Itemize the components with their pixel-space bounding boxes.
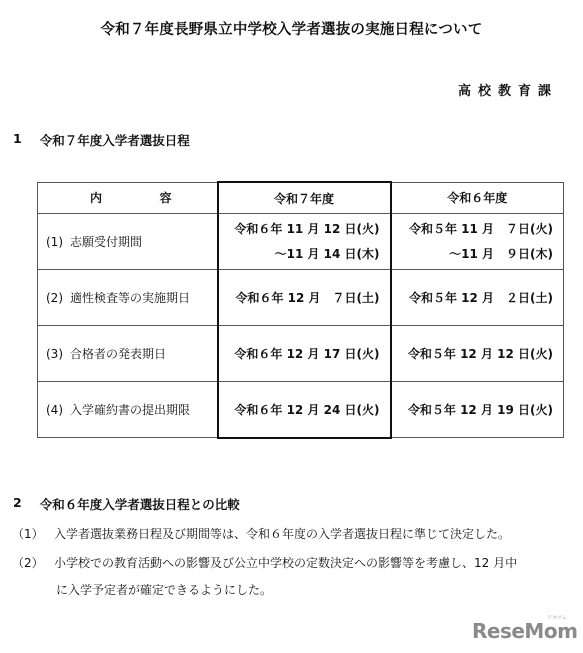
table-row: (1)志願受付期間 令和６年 11 月 12 日(火) ～11 月 14 日(木… bbox=[38, 214, 564, 270]
row-number: (3) bbox=[46, 347, 63, 361]
date-line-1: 令和６年 11 月 12 日(火) bbox=[219, 217, 380, 242]
paragraph-text: 入学者選抜業務日程及び期間等は、令和６年度の入学者選抜日程に準じて決定した。 bbox=[54, 527, 510, 541]
row-date-r7: 令和６年 12 月 ７日(土) bbox=[218, 270, 391, 326]
paragraph-1: （1）入学者選抜業務日程及び期間等は、令和６年度の入学者選抜日程に準じて決定した… bbox=[12, 526, 572, 542]
row-item: (2)適性検査等の実施期日 bbox=[38, 270, 218, 326]
row-date-r6: 令和５年 11 月 ７日(火) ～11 月 ９日(木) bbox=[391, 214, 564, 270]
section-1-heading: 1 令和７年度入学者選抜日程 bbox=[13, 131, 190, 149]
row-item: (4)入学確約書の提出期限 bbox=[38, 382, 218, 438]
row-label: 適性検査等の実施期日 bbox=[70, 291, 190, 305]
paragraph-number: （2） bbox=[12, 555, 54, 571]
row-number: (1) bbox=[46, 235, 63, 249]
table-row: (3)合格者の発表期日 令和６年 12 月 17 日(火) 令和５年 12 月 … bbox=[38, 326, 564, 382]
header-reiwa7: 令和７年度 bbox=[218, 182, 391, 214]
section-title: 令和７年度入学者選抜日程 bbox=[40, 131, 190, 149]
row-date-r7: 令和６年 11 月 12 日(火) ～11 月 14 日(木) bbox=[218, 214, 391, 270]
row-date-r6: 令和５年 12 月 19 日(火) bbox=[391, 382, 564, 438]
paragraph-text: 小学校での教育活動への影響及び公立中学校の定数決定への影響等を考慮し、12 月中 bbox=[54, 556, 517, 570]
row-label: 合格者の発表期日 bbox=[70, 347, 166, 361]
section-number: 2 bbox=[13, 495, 22, 513]
row-item: (3)合格者の発表期日 bbox=[38, 326, 218, 382]
department-name: 高校教育課 bbox=[458, 80, 558, 99]
row-number: (4) bbox=[46, 403, 63, 417]
header-content-right: 容 bbox=[159, 189, 171, 206]
section-number: 1 bbox=[13, 131, 22, 149]
paragraph-2-continuation: に入学予定者が確定できるようにした。 bbox=[56, 582, 583, 598]
section-title: 令和６年度入学者選抜日程との比較 bbox=[40, 495, 240, 513]
row-number: (2) bbox=[46, 291, 63, 305]
date-line-2: ～11 月 ９日(木) bbox=[392, 242, 554, 267]
row-date-r7: 令和６年 12 月 24 日(火) bbox=[218, 382, 391, 438]
row-label: 入学確約書の提出期限 bbox=[70, 403, 190, 417]
row-date-r7: 令和６年 12 月 17 日(火) bbox=[218, 326, 391, 382]
row-date-r6: 令和５年 12 月 12 日(火) bbox=[391, 326, 564, 382]
paragraph-2: （2）小学校での教育活動への影響及び公立中学校の定数決定への影響等を考慮し、12… bbox=[12, 555, 572, 571]
schedule-table: 内 容 令和７年度 令和６年度 (1)志願受付期間 令和６年 11 月 12 日… bbox=[37, 181, 564, 439]
row-item: (1)志願受付期間 bbox=[38, 214, 218, 270]
table-row: (4)入学確約書の提出期限 令和６年 12 月 24 日(火) 令和５年 12 … bbox=[38, 382, 564, 438]
paragraph-number: （1） bbox=[12, 526, 54, 542]
resemom-logo: ReseMom bbox=[472, 619, 577, 643]
header-content-left: 内 bbox=[90, 189, 102, 206]
row-date-r6: 令和５年 12 月 ２日(土) bbox=[391, 270, 564, 326]
header-reiwa6: 令和６年度 bbox=[391, 182, 564, 214]
section-2-heading: 2 令和６年度入学者選抜日程との比較 bbox=[13, 495, 240, 513]
table-row: (2)適性検査等の実施期日 令和６年 12 月 ７日(土) 令和５年 12 月 … bbox=[38, 270, 564, 326]
table-header-row: 内 容 令和７年度 令和６年度 bbox=[38, 182, 564, 214]
row-label: 志願受付期間 bbox=[70, 235, 142, 249]
document-title: 令和７年度長野県立中学校入学者選抜の実施日程について bbox=[0, 18, 583, 39]
date-line-2: ～11 月 14 日(木) bbox=[219, 242, 380, 267]
header-content: 内 容 bbox=[38, 182, 218, 214]
date-line-1: 令和５年 11 月 ７日(火) bbox=[392, 217, 554, 242]
